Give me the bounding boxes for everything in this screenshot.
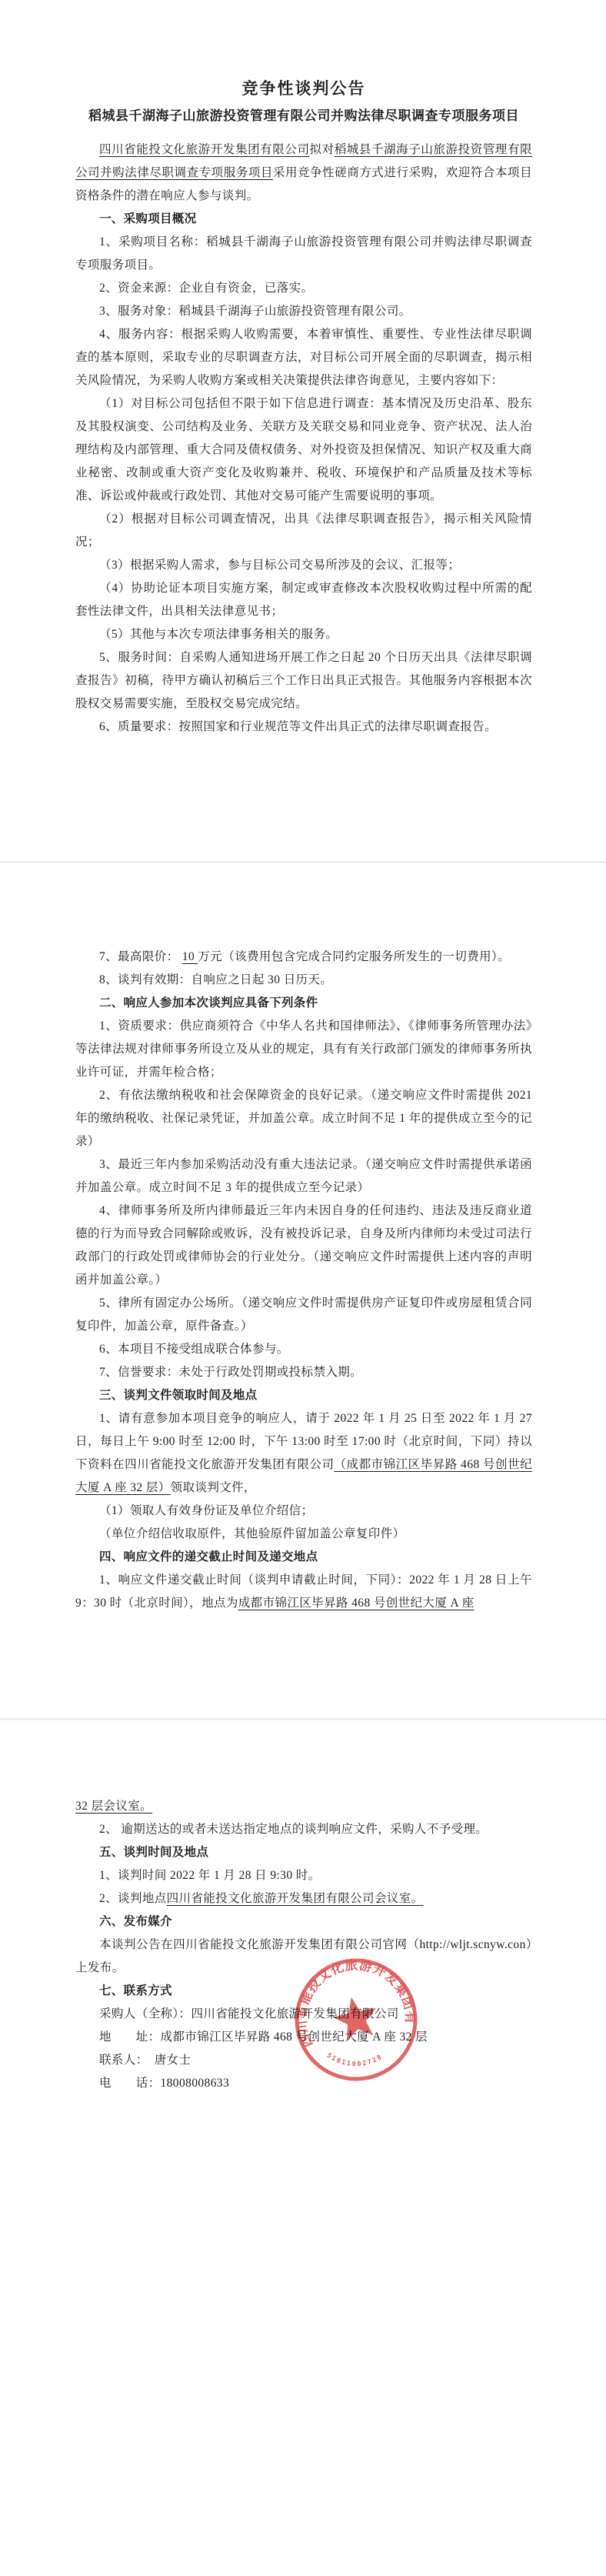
paragraph: 2、 逾期送达的或者未送达指定地点的谈判响应文件，采购人不予受理。 [75,1818,532,1841]
paragraph: 7、最高限价： 10 万元（该费用包含完成合同约定服务所发生的一切费用）。 [75,946,532,969]
paragraph: （2）根据对目标公司调查情况，出具《法律尽职调查报告》，揭示相关风险情况； [75,508,532,554]
section-heading: 四、响应文件的递交截止时间及递交地点 [75,1546,532,1569]
section-heading: 三、谈判文件领取时间及地点 [75,1384,532,1407]
page-1: 竞争性谈判公告 稻城县千湖海子山旅游投资管理有限公司并购法律尽职调查专项服务项目… [0,0,606,861]
paragraph: 1、请有意参加本项目竞争的响应人，请于 2022 年 1 月 25 日至 202… [75,1407,532,1500]
paragraph: （1）领取人有效身份证及单位介绍信； [75,1500,532,1523]
paragraph: 8、谈判有效期：自响应之日起 30 日历天。 [75,969,532,992]
paragraph: 4、服务内容：根据采购人收购需要，本着审慎性、重要性、专业性法律尽职调查的基本原… [75,323,532,392]
paragraph: 3、最近三年内参加采购活动没有重大违法记录。（递交响应文件时需提供承诺函并加盖公… [75,1153,532,1200]
paragraph: 2、有依法缴纳税收和社会保障资金的良好记录。（递交响应文件时需提供 2021 年… [75,1084,532,1153]
paragraph [75,1615,532,1638]
section-heading: 一、采购项目概况 [75,208,532,231]
paragraph: 1、响应文件递交截止时间（谈判申请截止时间，下同）：2022 年 1 月 28 … [75,1569,532,1615]
paragraph: 5、服务时间：自采购人通知进场开展工作之日起 20 个日历天出具《法律尽职调查报… [75,646,532,716]
paragraph: 6、本项目不接受组成联合体参与。 [75,1338,532,1361]
paragraph: 6、质量要求：按照国家和行业规范等文件出具正式的法律尽职调查报告。 [75,716,532,739]
page-3-content: 32 层会议室。2、 逾期送达的或者未送达指定地点的谈判响应文件，采购人不予受理… [75,1795,532,2095]
paragraph: （4）协助论证本项目实施方案，制定或审查修改本次股权收购过程中所需的配套性法律文… [75,577,532,623]
paragraph: 5、律所有固定办公场所。（递交响应文件时需提供房产证复印件或房屋租赁合同复印件，… [75,1292,532,1338]
paragraph: （1）对目标公司包括但不限于如下信息进行调查：基本情况及历史沿革、股东及其股权演… [75,392,532,508]
paragraph: （5）其他与本次专项法律事务相关的服务。 [75,623,532,646]
page-3: 32 层会议室。2、 逾期送达的或者未送达指定地点的谈判响应文件，采购人不予受理… [0,1720,606,2576]
paragraph: 2、谈判地点四川省能投文化旅游开发集团有限公司会议室。 [75,1887,532,1910]
paragraph: 电 话：18008008633 [75,2072,532,2095]
announcement-document: 竞争性谈判公告 稻城县千湖海子山旅游投资管理有限公司并购法律尽职调查专项服务项目… [0,0,606,2576]
section-heading: 六、发布媒介 [75,1910,532,1934]
paragraph: 四川省能投文化旅游开发集团有限公司拟对稻城县千湖海子山旅游投资管理有限公司并购法… [75,138,532,208]
section-heading: 二、响应人参加本次谈判应具备下列条件 [75,992,532,1015]
page-2-content: 7、最高限价： 10 万元（该费用包含完成合同约定服务所发生的一切费用）。8、谈… [75,946,532,1638]
paragraph: 7、信誉要求：未处于行政处罚期或投标禁入期。 [75,1361,532,1384]
paragraph: （3）根据采购人需求，参与目标公司交易所涉及的会议、汇报等； [75,554,532,577]
document-subtitle: 稻城县千湖海子山旅游投资管理有限公司并购法律尽职调查专项服务项目 [75,105,532,128]
paragraph: 2、资金来源：企业自有资金，已落实。 [75,277,532,300]
section-heading: 七、联系方式 [75,1980,532,2003]
paragraph: 采购人（全称）：四川省能投文化旅游开发集团有限公司 [75,2003,532,2026]
paragraph: 本谈判公告在四川省能投文化旅游开发集团有限公司官网（http://wljt.sc… [75,1934,532,1980]
page-1-content: 四川省能投文化旅游开发集团有限公司拟对稻城县千湖海子山旅游投资管理有限公司并购法… [75,138,532,739]
paragraph: 1、谈判时间 2022 年 1 月 28 日 9:30 时。 [75,1864,532,1887]
paragraph: （单位介绍信收取原件，其他验原件留加盖公章复印件） [75,1523,532,1546]
paragraph: 1、资质要求：供应商须符合《中华人名共和国律师法》、《律师事务所管理办法》等法律… [75,1015,532,1084]
paragraph: 3、服务对象：稻城县千湖海子山旅游投资管理有限公司。 [75,300,532,323]
paragraph: 地 址：成都市锦江区毕昇路 468 号创世纪大厦 A 座 32 层 [75,2026,532,2049]
paragraph: 1、采购项目名称：稻城县千湖海子山旅游投资管理有限公司并购法律尽职调查专项服务项… [75,231,532,277]
page-2: 7、最高限价： 10 万元（该费用包含完成合同约定服务所发生的一切费用）。8、谈… [0,863,606,1718]
section-heading: 五、谈判时间及地点 [75,1841,532,1864]
paragraph: 32 层会议室。 [75,1795,532,1818]
paragraph: 4、律师事务所及所内律师最近三年内未因自身的任何违约、违法及违反商业道德的行为而… [75,1200,532,1292]
paragraph: 联系人： 唐女士 [75,2049,532,2072]
document-title: 竞争性谈判公告 [75,74,532,105]
